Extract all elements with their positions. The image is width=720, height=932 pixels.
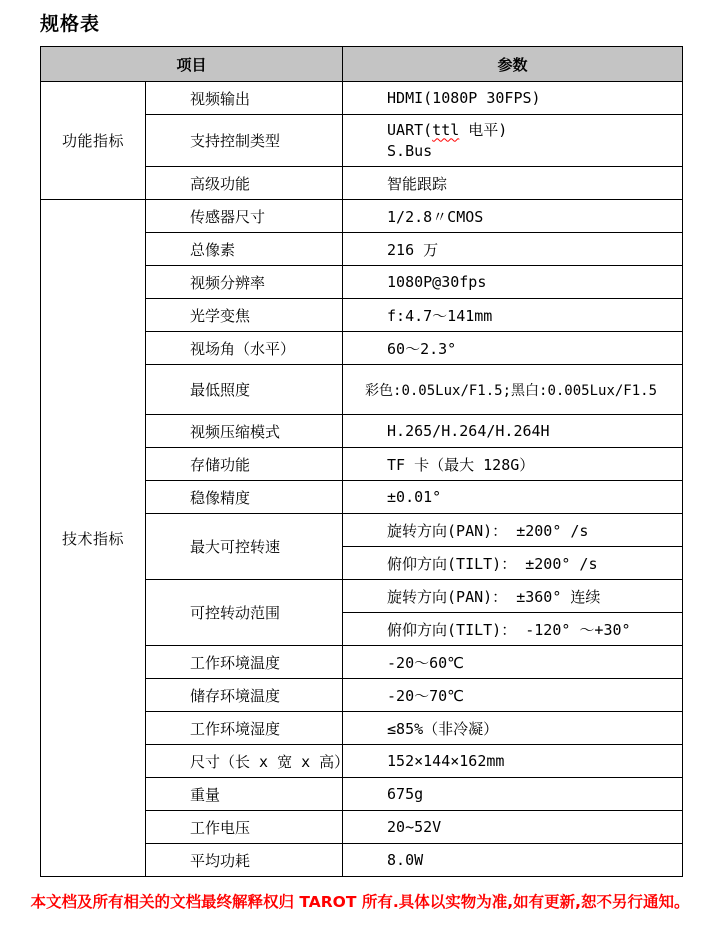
item-cell: 尺寸（长 x 宽 x 高）: [146, 745, 343, 778]
item-cell: 总像素: [146, 233, 343, 266]
param-cell: 俯仰方向(TILT)： -120° ～+30°: [343, 613, 683, 646]
param-cell: f:4.7～141mm: [343, 299, 683, 332]
param-text: UART(: [387, 121, 432, 139]
param-cell: 旋转方向(PAN)： ±200° /s: [343, 514, 683, 547]
param-cell: -20～70℃: [343, 679, 683, 712]
param-cell: 俯仰方向(TILT)： ±200° /s: [343, 547, 683, 580]
item-cell: 高级功能: [146, 167, 343, 200]
param-cell: 60～2.3°: [343, 332, 683, 365]
item-cell: 传感器尺寸: [146, 200, 343, 233]
item-cell: 工作环境温度: [146, 646, 343, 679]
param-cell: H.265/H.264/H.264H: [343, 415, 683, 448]
param-cell: 675g: [343, 778, 683, 811]
spellcheck-underlined-word: ttl: [432, 121, 459, 139]
page-title: 规格表: [40, 9, 720, 36]
item-cell: 视频输出: [146, 82, 343, 115]
param-cell: ±0.01°: [343, 481, 683, 514]
group-cell-functional: 功能指标: [41, 82, 146, 200]
column-header-param: 参数: [343, 47, 683, 82]
item-cell: 工作环境湿度: [146, 712, 343, 745]
item-cell: 可控转动范围: [146, 580, 343, 646]
param-cell: 彩色:0.05Lux/F1.5;黑白:0.005Lux/F1.5: [343, 365, 683, 415]
item-cell: 视频分辨率: [146, 266, 343, 299]
item-cell: 最大可控转速: [146, 514, 343, 580]
param-cell: 旋转方向(PAN)： ±360° 连续: [343, 580, 683, 613]
item-cell: 储存环境温度: [146, 679, 343, 712]
param-cell: ≤85%（非冷凝）: [343, 712, 683, 745]
table-header-row: 项目 参数: [41, 47, 683, 82]
group-cell-technical: 技术指标: [41, 200, 146, 877]
spec-table: 项目 参数 功能指标 视频输出 HDMI(1080P 30FPS) 支持控制类型…: [40, 46, 683, 877]
param-cell: TF 卡（最大 128G）: [343, 448, 683, 481]
param-cell: 1/2.8〃CMOS: [343, 200, 683, 233]
item-cell: 视频压缩模式: [146, 415, 343, 448]
param-cell: UART(ttl 电平) S.Bus: [343, 115, 683, 167]
param-text: 电平): [459, 121, 507, 139]
item-cell: 光学变焦: [146, 299, 343, 332]
param-cell: 智能跟踪: [343, 167, 683, 200]
item-cell: 平均功耗: [146, 844, 343, 877]
param-cell: -20～60℃: [343, 646, 683, 679]
param-cell: 20~52V: [343, 811, 683, 844]
item-cell: 支持控制类型: [146, 115, 343, 167]
item-cell: 最低照度: [146, 365, 343, 415]
param-cell: 1080P@30fps: [343, 266, 683, 299]
table-row: 技术指标 传感器尺寸 1/2.8〃CMOS: [41, 200, 683, 233]
item-cell: 工作电压: [146, 811, 343, 844]
footer-disclaimer: 本文档及所有相关的文档最终解释权归 TAROT 所有.具体以实物为准,如有更新,…: [0, 890, 720, 912]
param-line: UART(ttl 电平): [387, 120, 682, 141]
param-cell: 216 万: [343, 233, 683, 266]
param-line: S.Bus: [387, 141, 682, 162]
item-cell: 稳像精度: [146, 481, 343, 514]
column-header-item: 项目: [41, 47, 343, 82]
item-cell: 重量: [146, 778, 343, 811]
param-cell: 152×144×162mm: [343, 745, 683, 778]
item-cell: 存储功能: [146, 448, 343, 481]
item-cell: 视场角（水平）: [146, 332, 343, 365]
param-cell: 8.0W: [343, 844, 683, 877]
table-row: 功能指标 视频输出 HDMI(1080P 30FPS): [41, 82, 683, 115]
param-cell: HDMI(1080P 30FPS): [343, 82, 683, 115]
